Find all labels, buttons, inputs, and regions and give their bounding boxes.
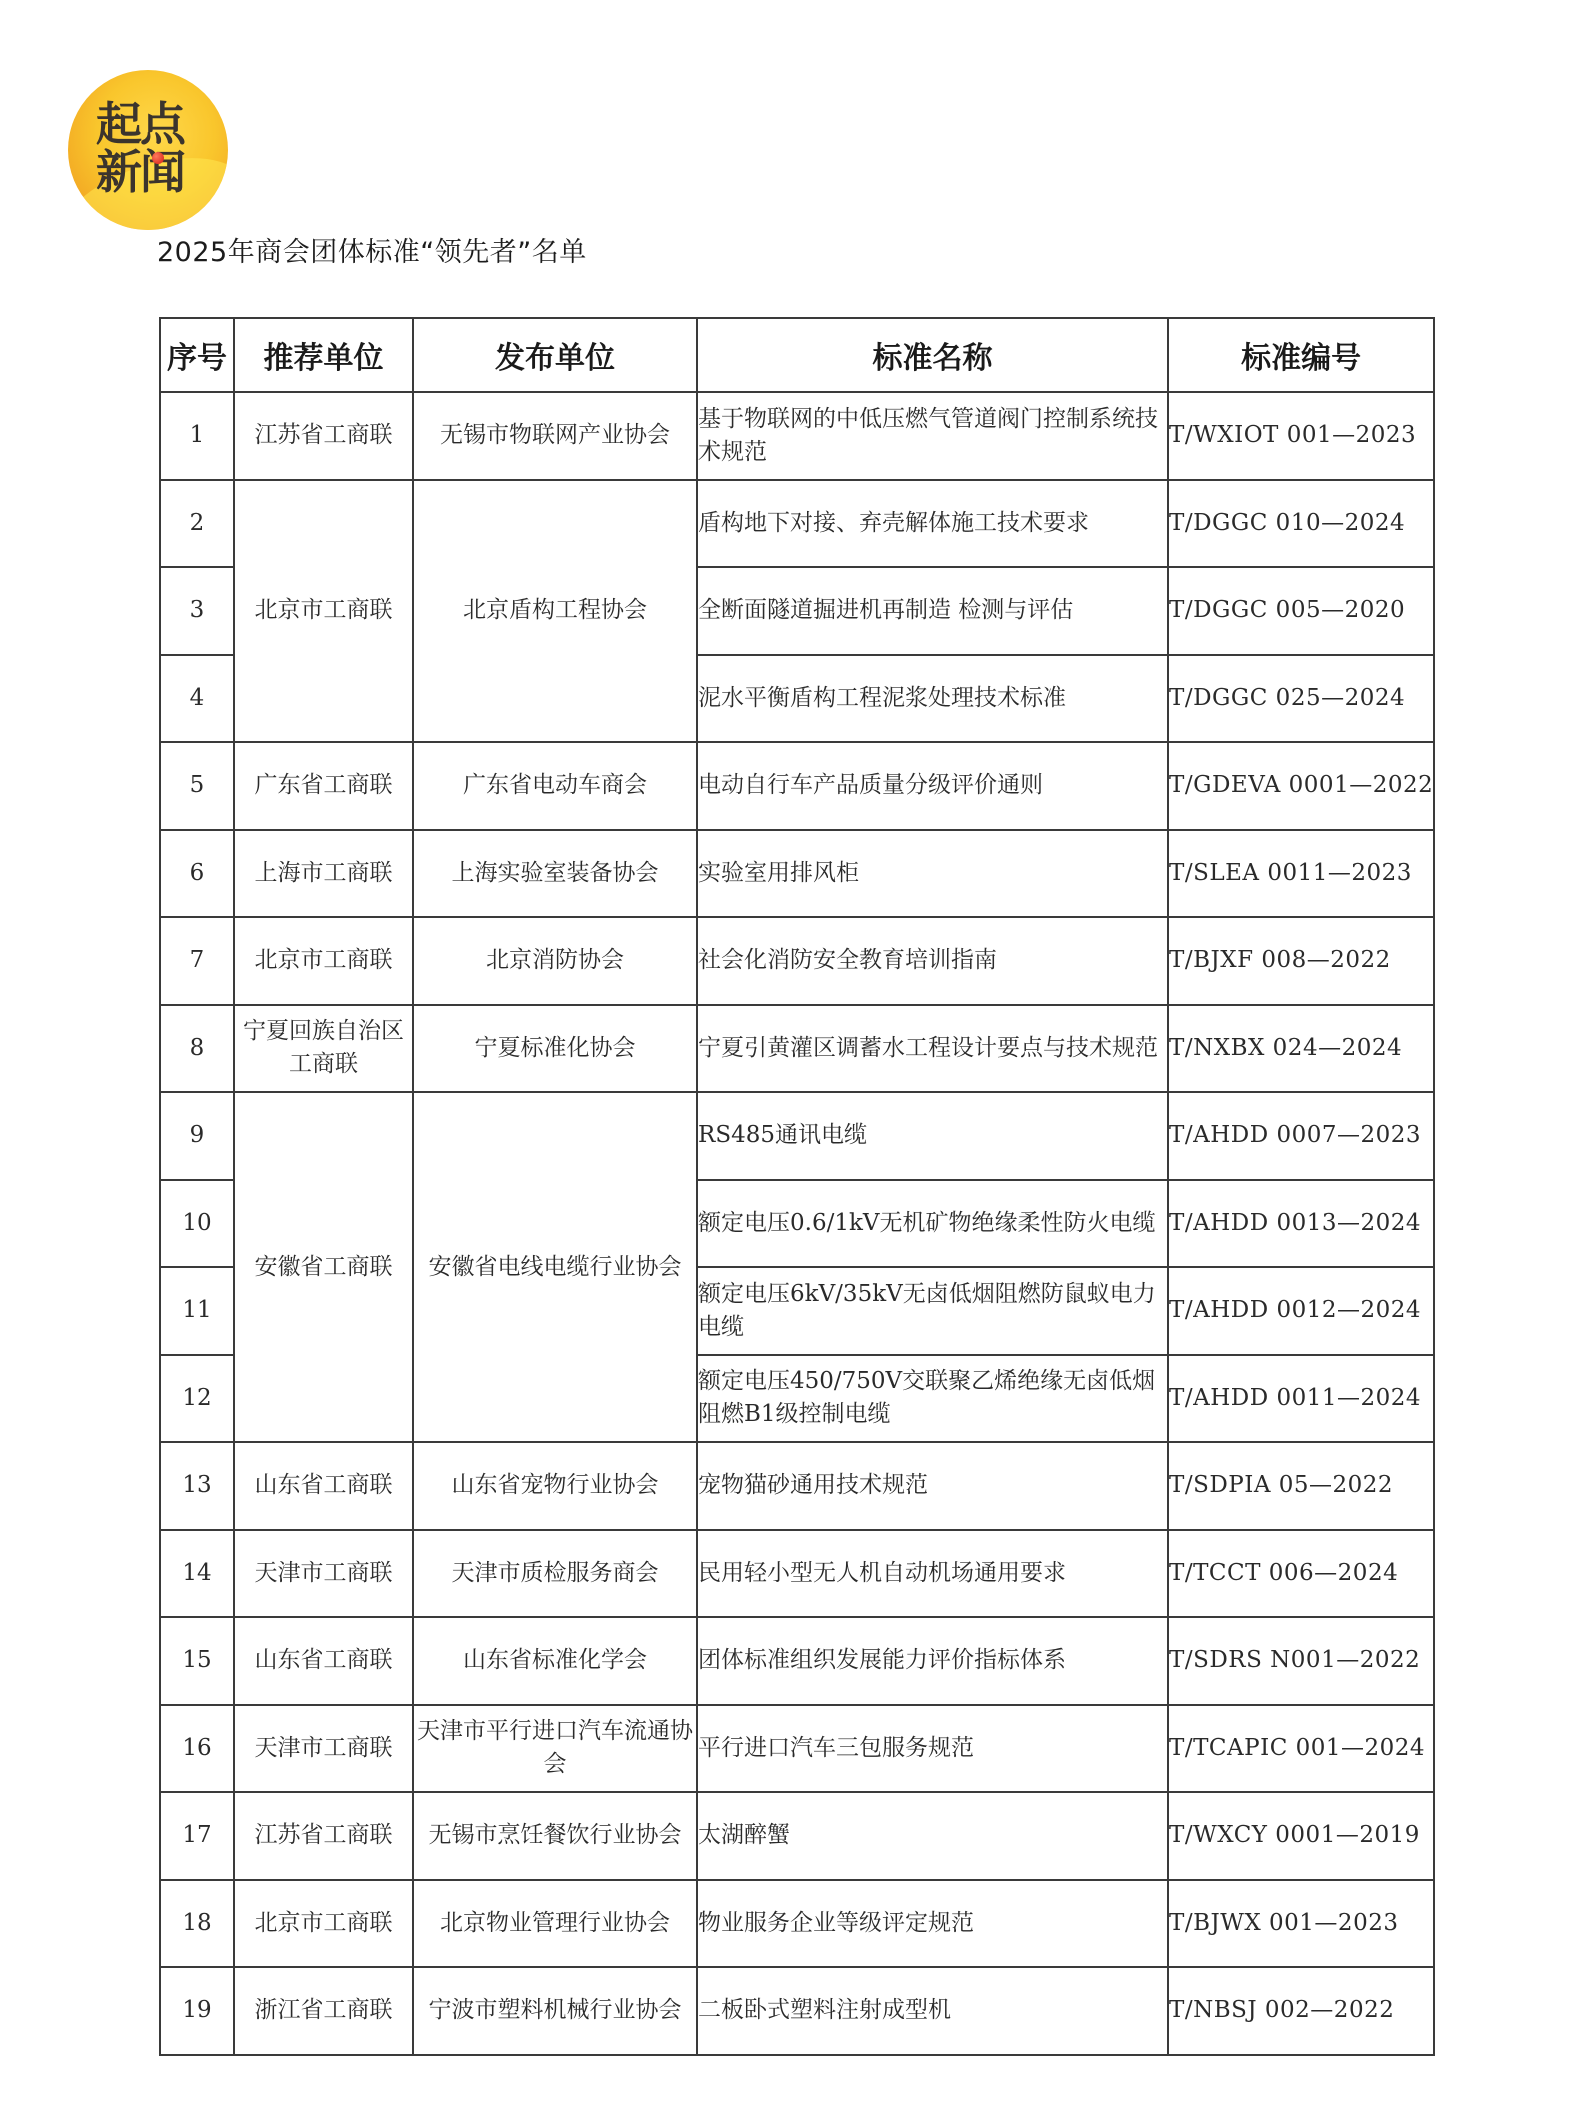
cell-standard-name: 民用轻小型无人机自动机场通用要求 [697,1530,1168,1618]
cell-recommender: 山东省工商联 [234,1617,413,1705]
cell-no: 5 [160,742,234,830]
cell-no: 6 [160,830,234,918]
cell-standard-name: 泥水平衡盾构工程泥浆处理技术标准 [697,655,1168,743]
cell-standard-name: 二板卧式塑料注射成型机 [697,1967,1168,2055]
cell-standard-name: 宁夏引黄灌区调蓄水工程设计要点与技术规范 [697,1005,1168,1093]
cell-recommender: 北京市工商联 [234,1880,413,1968]
cell-recommender: 北京市工商联 [234,917,413,1005]
table-row: 5 广东省工商联 广东省电动车商会 电动自行车产品质量分级评价通则 T/GDEV… [160,742,1434,830]
cell-standard-name: 基于物联网的中低压燃气管道阀门控制系统技术规范 [697,392,1168,480]
cell-no: 9 [160,1092,234,1180]
cell-publisher: 广东省电动车商会 [413,742,697,830]
table-row: 7 北京市工商联 北京消防协会 社会化消防安全教育培训指南 T/BJXF 008… [160,917,1434,1005]
cell-standard-code: T/WXCY 0001—2019 [1168,1792,1434,1880]
cell-standard-name: 电动自行车产品质量分级评价通则 [697,742,1168,830]
page-title: 2025年商会团体标准“领先者”名单 [157,230,587,269]
cell-publisher: 上海实验室装备协会 [413,830,697,918]
cell-publisher: 无锡市烹饪餐饮行业协会 [413,1792,697,1880]
cell-standard-code: T/AHDD 0013—2024 [1168,1180,1434,1268]
cell-standard-code: T/DGGC 005—2020 [1168,567,1434,655]
cell-no: 13 [160,1442,234,1530]
cell-publisher: 北京消防协会 [413,917,697,1005]
standards-table: 序号 推荐单位 发布单位 标准名称 标准编号 1 江苏省工商联 无锡市物联网产业… [159,317,1435,2056]
cell-no: 18 [160,1880,234,1968]
table-row: 19 浙江省工商联 宁波市塑料机械行业协会 二板卧式塑料注射成型机 T/NBSJ… [160,1967,1434,2055]
cell-recommender: 宁夏回族自治区工商联 [234,1005,413,1093]
header-standard-name: 标准名称 [697,318,1168,392]
cell-standard-code: T/SDRS N001—2022 [1168,1617,1434,1705]
table-row: 8 宁夏回族自治区工商联 宁夏标准化协会 宁夏引黄灌区调蓄水工程设计要点与技术规… [160,1005,1434,1093]
cell-publisher: 无锡市物联网产业协会 [413,392,697,480]
cell-standard-name: 物业服务企业等级评定规范 [697,1880,1168,1968]
header-recommender: 推荐单位 [234,318,413,392]
cell-standard-code: T/BJXF 008—2022 [1168,917,1434,1005]
cell-publisher: 北京盾构工程协会 [413,480,697,743]
cell-standard-name: 额定电压6kV/35kV无卤低烟阻燃防鼠蚁电力电缆 [697,1267,1168,1355]
cell-publisher: 天津市质检服务商会 [413,1530,697,1618]
cell-standard-code: T/NXBX 024—2024 [1168,1005,1434,1093]
cell-standard-code: T/AHDD 0007—2023 [1168,1092,1434,1180]
cell-standard-name: 额定电压450/750V交联聚乙烯绝缘无卤低烟阻燃B1级控制电缆 [697,1355,1168,1443]
cell-standard-code: T/BJWX 001—2023 [1168,1880,1434,1968]
cell-recommender: 北京市工商联 [234,480,413,743]
logo-text: 起点 新闻 [96,100,206,196]
cell-recommender: 山东省工商联 [234,1442,413,1530]
cell-no: 8 [160,1005,234,1093]
cell-standard-code: T/SDPIA 05—2022 [1168,1442,1434,1530]
cell-standard-name: RS485通讯电缆 [697,1092,1168,1180]
cell-no: 14 [160,1530,234,1618]
cell-no: 4 [160,655,234,743]
cell-recommender: 广东省工商联 [234,742,413,830]
cell-standard-code: T/DGGC 010—2024 [1168,480,1434,568]
table-header-row: 序号 推荐单位 发布单位 标准名称 标准编号 [160,318,1434,392]
cell-standard-code: T/DGGC 025—2024 [1168,655,1434,743]
cell-recommender: 上海市工商联 [234,830,413,918]
cell-publisher: 宁波市塑料机械行业协会 [413,1967,697,2055]
cell-no: 7 [160,917,234,1005]
cell-recommender: 安徽省工商联 [234,1092,413,1442]
cell-no: 12 [160,1355,234,1443]
cell-recommender: 浙江省工商联 [234,1967,413,2055]
header-no: 序号 [160,318,234,392]
table-row: 2 北京市工商联 北京盾构工程协会 盾构地下对接、弃壳解体施工技术要求 T/DG… [160,480,1434,568]
logo-text-line1: 起点 [96,100,206,148]
cell-no: 19 [160,1967,234,2055]
cell-standard-code: T/WXIOT 001—2023 [1168,392,1434,480]
table-row: 16 天津市工商联 天津市平行进口汽车流通协会 平行进口汽车三包服务规范 T/T… [160,1705,1434,1793]
cell-no: 16 [160,1705,234,1793]
cell-recommender: 江苏省工商联 [234,392,413,480]
cell-no: 1 [160,392,234,480]
cell-publisher: 天津市平行进口汽车流通协会 [413,1705,697,1793]
cell-standard-name: 实验室用排风柜 [697,830,1168,918]
table-row: 18 北京市工商联 北京物业管理行业协会 物业服务企业等级评定规范 T/BJWX… [160,1880,1434,1968]
cell-standard-name: 平行进口汽车三包服务规范 [697,1705,1168,1793]
table-row: 9 安徽省工商联 安徽省电线电缆行业协会 RS485通讯电缆 T/AHDD 00… [160,1092,1434,1180]
cell-recommender: 天津市工商联 [234,1705,413,1793]
table-row: 6 上海市工商联 上海实验室装备协会 实验室用排风柜 T/SLEA 0011—2… [160,830,1434,918]
cell-publisher: 宁夏标准化协会 [413,1005,697,1093]
cell-recommender: 天津市工商联 [234,1530,413,1618]
qidian-news-logo: 起点 新闻 [68,70,228,230]
cell-no: 11 [160,1267,234,1355]
cell-recommender: 江苏省工商联 [234,1792,413,1880]
table-row: 15 山东省工商联 山东省标准化学会 团体标准组织发展能力评价指标体系 T/SD… [160,1617,1434,1705]
header-standard-code: 标准编号 [1168,318,1434,392]
cell-standard-code: T/GDEVA 0001—2022 [1168,742,1434,830]
cell-publisher: 北京物业管理行业协会 [413,1880,697,1968]
table-row: 13 山东省工商联 山东省宠物行业协会 宠物猫砂通用技术规范 T/SDPIA 0… [160,1442,1434,1530]
cell-publisher: 山东省宠物行业协会 [413,1442,697,1530]
cell-standard-code: T/TCAPIC 001—2024 [1168,1705,1434,1793]
cell-standard-name: 社会化消防安全教育培训指南 [697,917,1168,1005]
cell-standard-name: 全断面隧道掘进机再制造 检测与评估 [697,567,1168,655]
header-publisher: 发布单位 [413,318,697,392]
cell-no: 2 [160,480,234,568]
cell-no: 15 [160,1617,234,1705]
cell-publisher: 山东省标准化学会 [413,1617,697,1705]
cell-no: 17 [160,1792,234,1880]
cell-standard-code: T/SLEA 0011—2023 [1168,830,1434,918]
table-row: 1 江苏省工商联 无锡市物联网产业协会 基于物联网的中低压燃气管道阀门控制系统技… [160,392,1434,480]
cell-standard-name: 额定电压0.6/1kV无机矿物绝缘柔性防火电缆 [697,1180,1168,1268]
cell-no: 10 [160,1180,234,1268]
table-row: 14 天津市工商联 天津市质检服务商会 民用轻小型无人机自动机场通用要求 T/T… [160,1530,1434,1618]
cell-publisher: 安徽省电线电缆行业协会 [413,1092,697,1442]
cell-standard-name: 盾构地下对接、弃壳解体施工技术要求 [697,480,1168,568]
cell-standard-code: T/TCCT 006—2024 [1168,1530,1434,1618]
cell-standard-code: T/AHDD 0012—2024 [1168,1267,1434,1355]
cell-no: 3 [160,567,234,655]
cell-standard-name: 宠物猫砂通用技术规范 [697,1442,1168,1530]
logo-text-line2: 新闻 [96,148,206,196]
cell-standard-code: T/NBSJ 002—2022 [1168,1967,1434,2055]
table-row: 17 江苏省工商联 无锡市烹饪餐饮行业协会 太湖醉蟹 T/WXCY 0001—2… [160,1792,1434,1880]
cell-standard-code: T/AHDD 0011—2024 [1168,1355,1434,1443]
cell-standard-name: 团体标准组织发展能力评价指标体系 [697,1617,1168,1705]
logo-red-dot-icon [152,152,164,164]
cell-standard-name: 太湖醉蟹 [697,1792,1168,1880]
